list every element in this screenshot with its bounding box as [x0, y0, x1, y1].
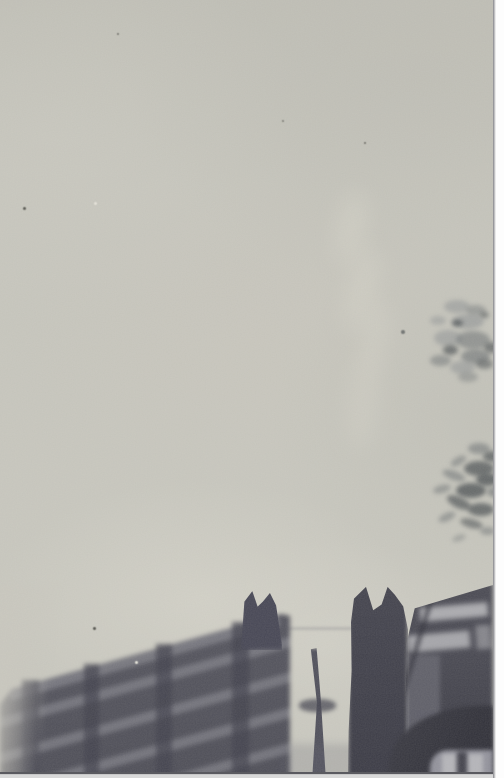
dust-speck: [23, 207, 26, 210]
film-specks: [0, 0, 493, 772]
dust-speck: [94, 202, 97, 205]
dust-speck: [93, 627, 96, 630]
dust-speck: [401, 330, 405, 334]
photograph: [0, 0, 493, 772]
scanned-photo-figure: [0, 0, 504, 778]
dust-speck: [117, 33, 119, 35]
dust-speck: [135, 661, 138, 664]
photo-border-bottom: [0, 772, 493, 778]
dust-speck: [282, 120, 284, 122]
photo-border-right: [493, 0, 504, 778]
dust-speck: [364, 142, 366, 144]
